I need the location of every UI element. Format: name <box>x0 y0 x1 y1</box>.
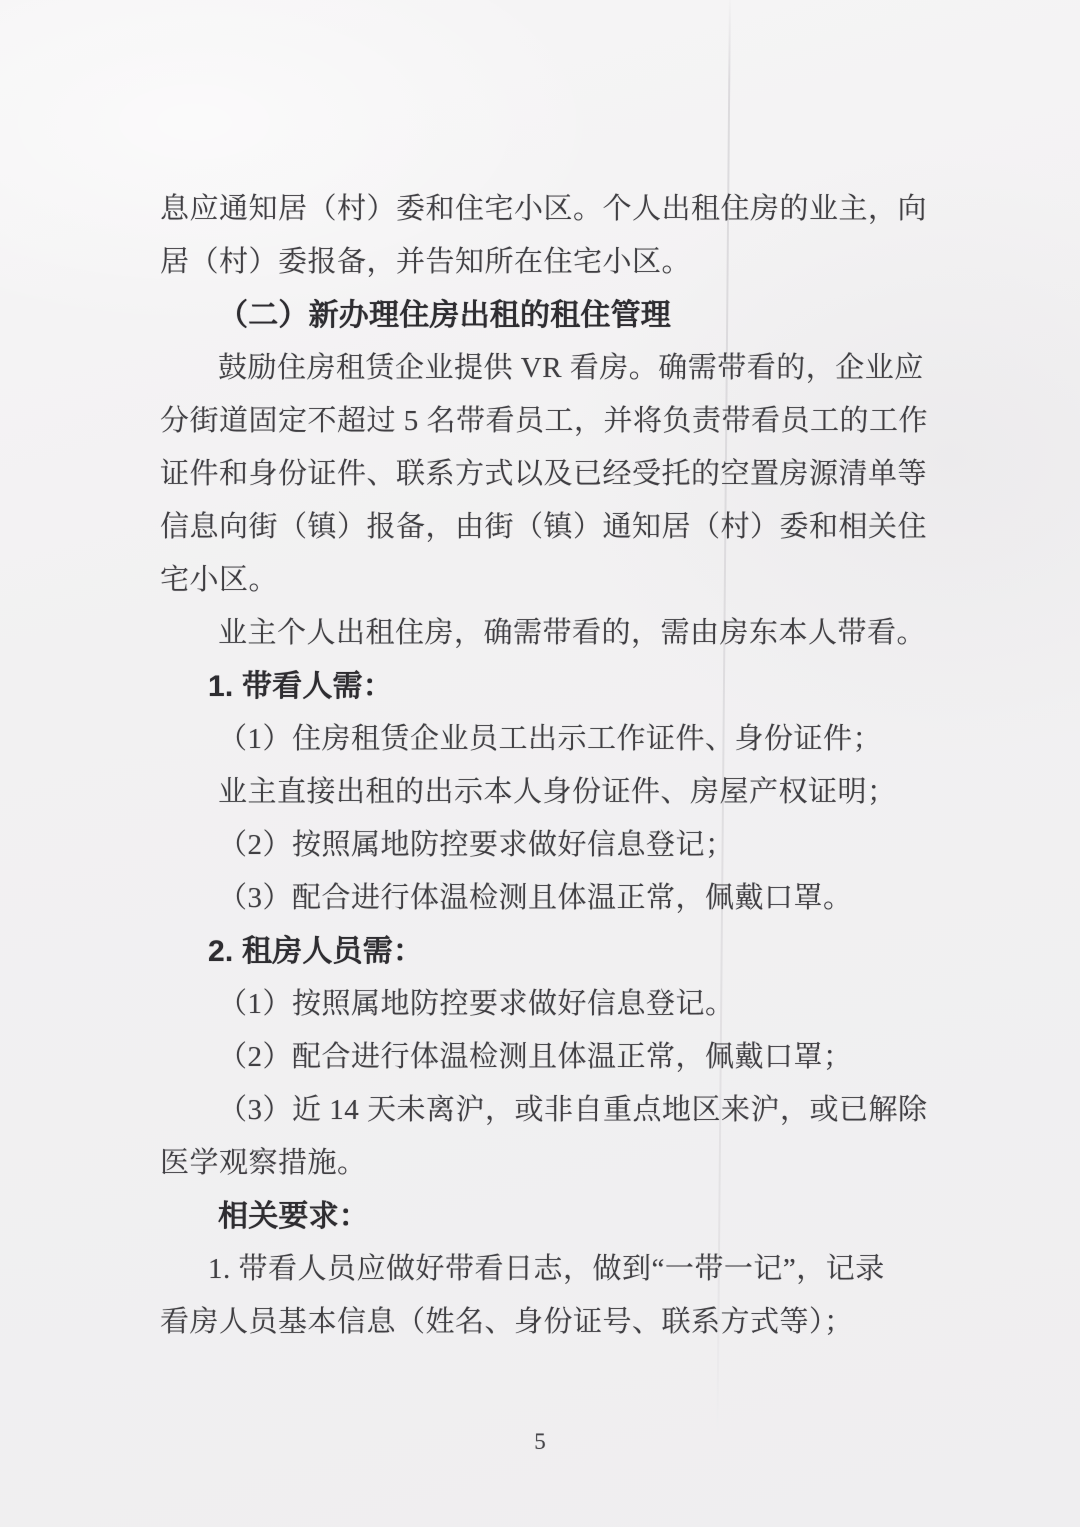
list-item: （3）配合进行体温检测且体温正常，佩戴口罩。 <box>160 872 960 925</box>
list-heading: 1. 带看人需： <box>160 660 960 713</box>
doc-line: 证件和身份证件、联系方式以及已经受托的空置房源清单等 <box>160 448 960 501</box>
doc-line: 鼓励住房租赁企业提供 VR 看房。确需带看的，企业应 <box>160 342 960 395</box>
doc-line: 分街道固定不超过 5 名带看员工，并将负责带看员工的工作 <box>160 395 960 448</box>
doc-line: 业主个人出租住房，确需带看的，需由房东本人带看。 <box>160 607 960 660</box>
doc-line: 宅小区。 <box>160 554 960 607</box>
list-item: 医学观察措施。 <box>160 1137 960 1190</box>
page-number: 5 <box>0 1426 1080 1458</box>
list-heading: 相关要求： <box>160 1190 960 1243</box>
list-item: （3）近 14 天未离沪，或非自重点地区来沪，或已解除 <box>160 1084 960 1137</box>
list-item: （2）配合进行体温检测且体温正常，佩戴口罩； <box>160 1031 960 1084</box>
list-item: （1）按照属地防控要求做好信息登记。 <box>160 978 960 1031</box>
document-body: 息应通知居（村）委和住宅小区。个人出租住房的业主，向 居（村）委报备，并告知所在… <box>160 183 960 1349</box>
list-item: 1. 带看人员应做好带看日志，做到“一带一记”，记录 <box>160 1243 960 1296</box>
list-item: （2）按照属地防控要求做好信息登记； <box>160 819 960 872</box>
list-item: （1）住房租赁企业员工出示工作证件、身份证件； <box>160 713 960 766</box>
list-item: 业主直接出租的出示本人身份证件、房屋产权证明； <box>160 766 960 819</box>
doc-line: 信息向街（镇）报备，由街（镇）通知居（村）委和相关住 <box>160 501 960 554</box>
section-heading: （二）新办理住房出租的租住管理 <box>160 289 960 342</box>
doc-line: 息应通知居（村）委和住宅小区。个人出租住房的业主，向 <box>160 183 960 236</box>
list-item: 看房人员基本信息（姓名、身份证号、联系方式等）； <box>160 1296 960 1349</box>
scanned-document-page: 息应通知居（村）委和住宅小区。个人出租住房的业主，向 居（村）委报备，并告知所在… <box>0 0 1080 1527</box>
doc-line: 居（村）委报备，并告知所在住宅小区。 <box>160 236 960 289</box>
list-heading: 2. 租房人员需： <box>160 925 960 978</box>
